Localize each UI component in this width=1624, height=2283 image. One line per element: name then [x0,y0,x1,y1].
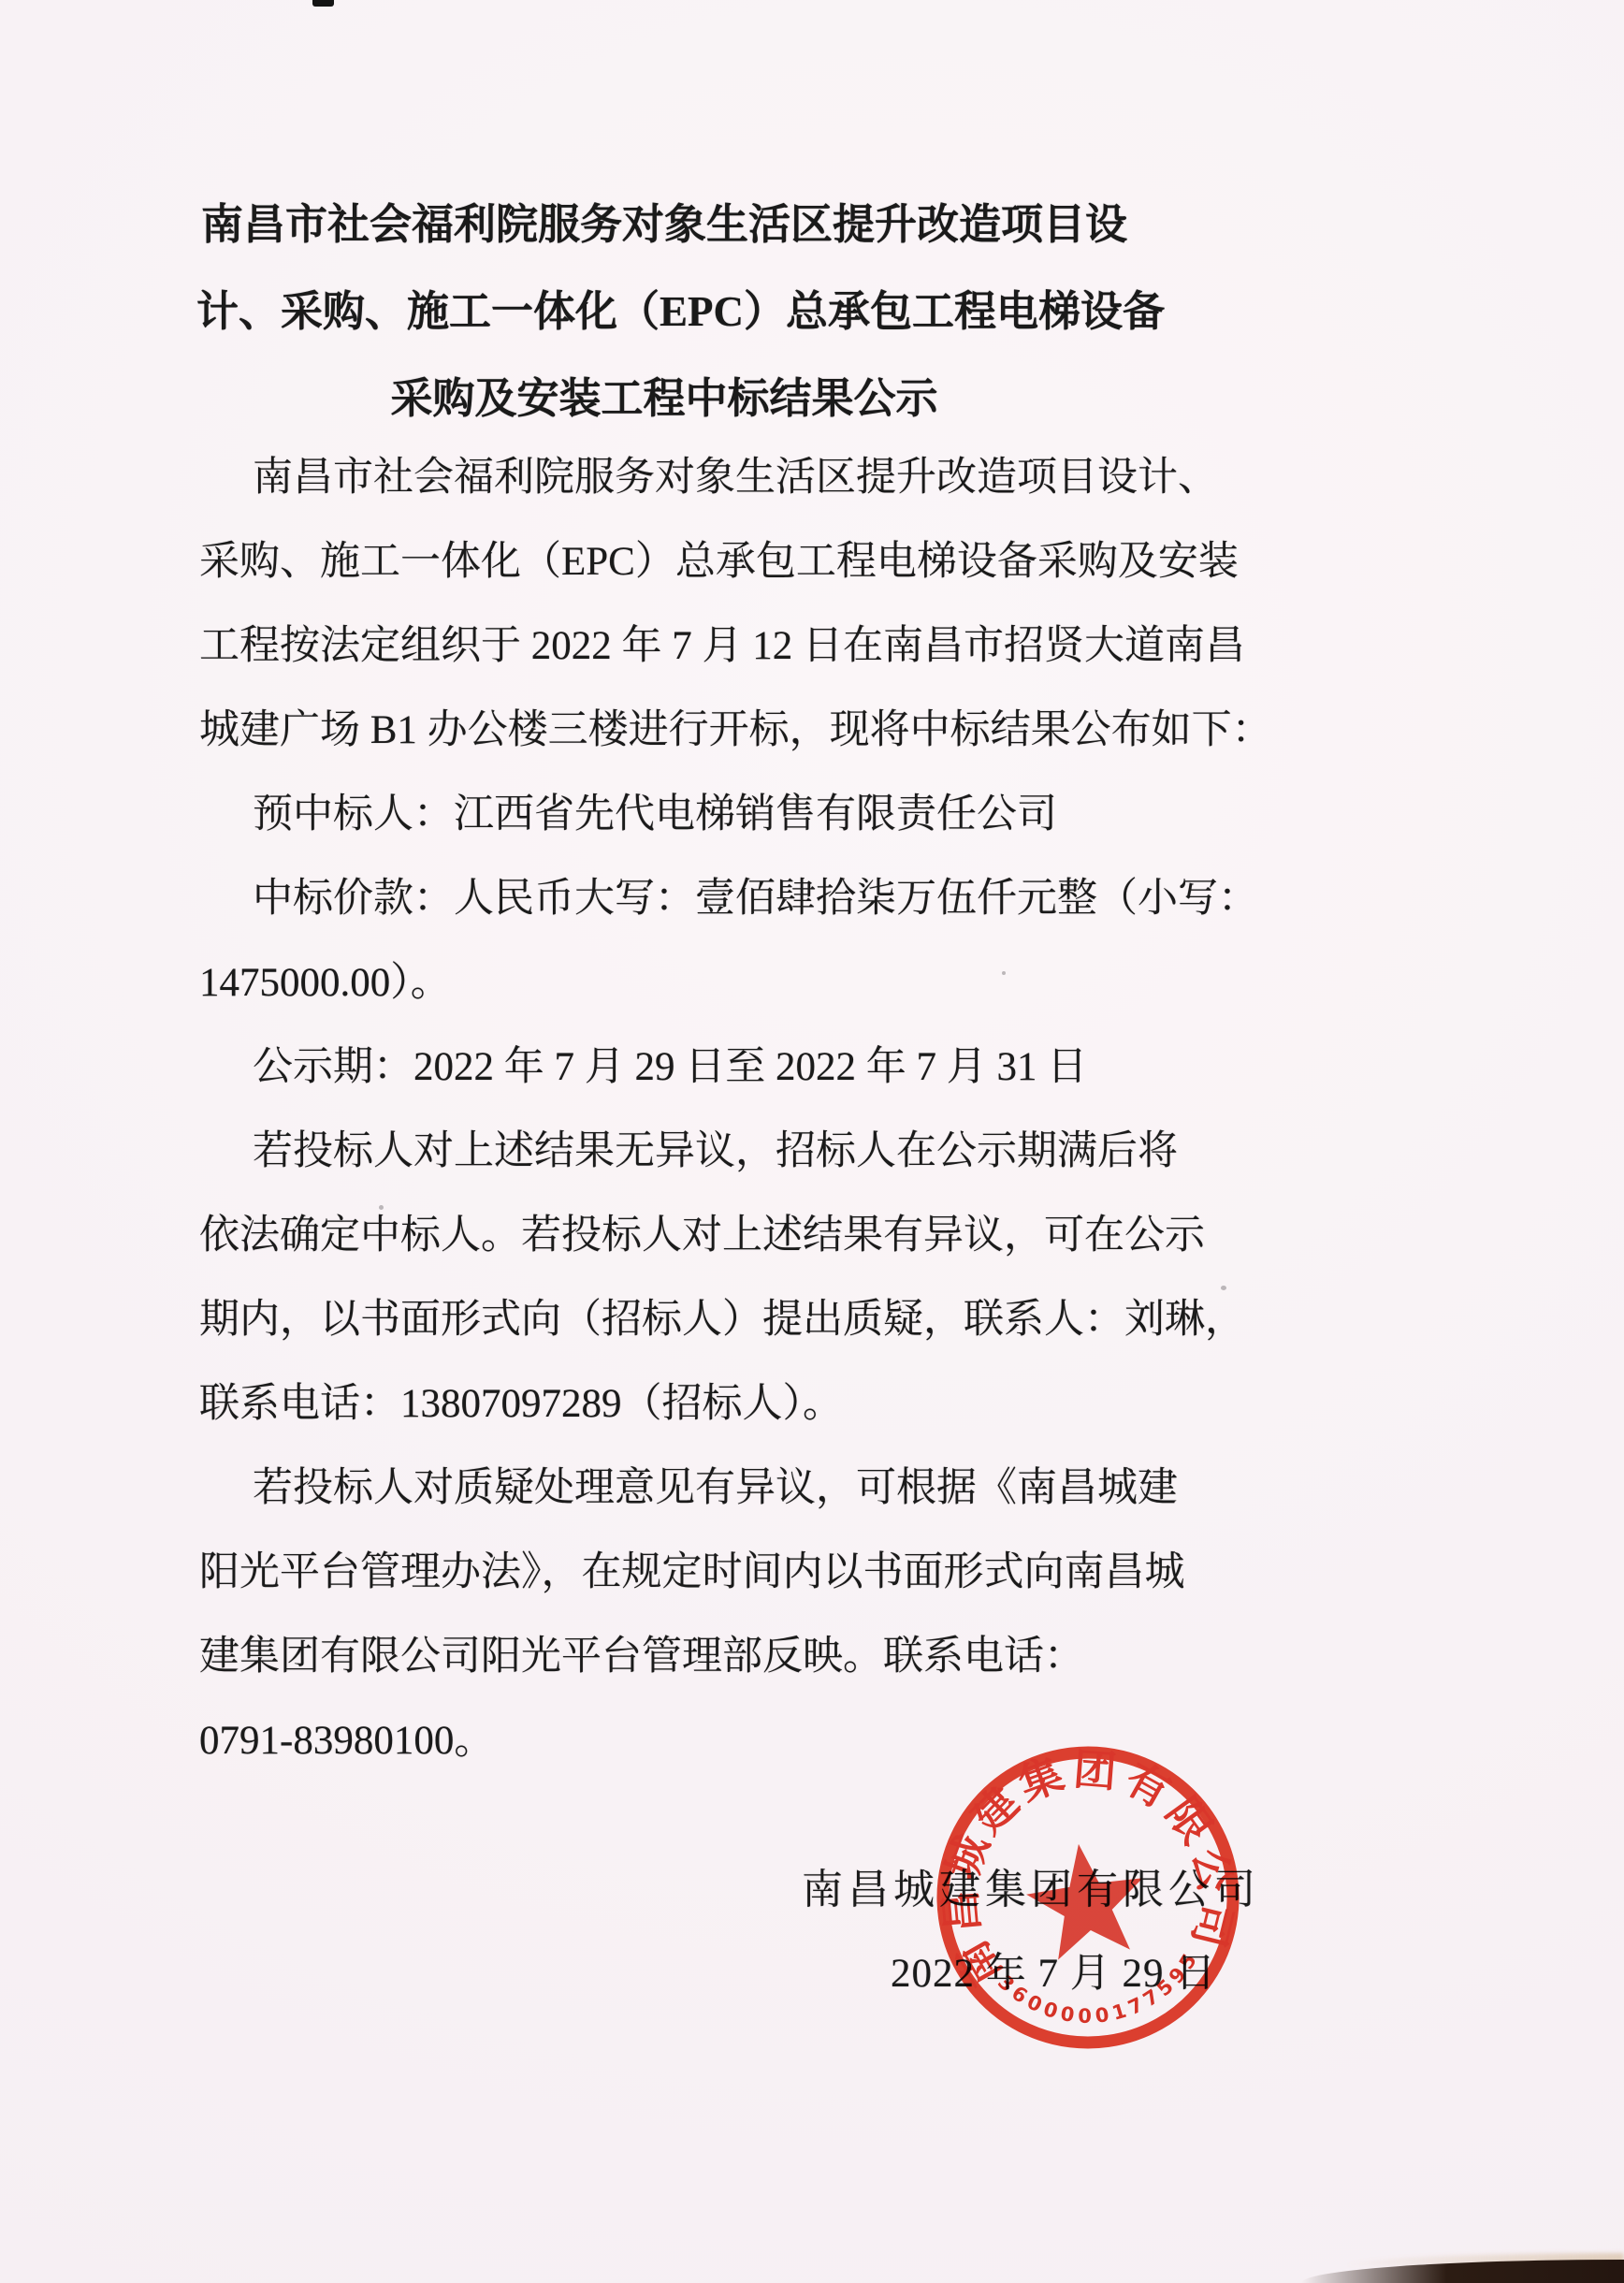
signature-company: 南昌城建集团有限公司 [802,1868,1260,1912]
body-line: 期内，以书面形式向（招标人）提出质疑，联系人：刘琳， [199,1278,1210,1362]
body-line: 阳光平台管理办法》，在规定时间内以书面形式向南昌城 [199,1531,1210,1615]
signature-date: 2022 年 7 月 29 日 [891,1952,1216,1997]
title-line: 南昌市社会福利院服务对象生活区提升改造项目设 [196,182,1132,269]
document-page: 南昌市社会福利院服务对象生活区提升改造项目设 计、采购、施工一体化（EPC）总承… [0,0,1624,2283]
body-line: 若投标人对上述结果无异议，招标人在公示期满后将 [199,1110,1210,1194]
body-line: 建集团有限公司阳光平台管理部反映。联系电话： [199,1615,1210,1699]
scan-speck [379,1205,384,1210]
body-line: 预中标人：江西省先代电梯销售有限责任公司 [199,773,1210,857]
title-line: 计、采购、施工一体化（EPC）总承包工程电梯设备 [196,269,1132,356]
body-line: 南昌市社会福利院服务对象生活区提升改造项目设计、 [199,436,1210,520]
scan-speck [1221,1286,1226,1290]
scan-edge-mark [312,0,334,7]
body-line: 依法确定中标人。若投标人对上述结果有异议，可在公示 [199,1194,1210,1278]
document-body: 南昌市社会福利院服务对象生活区提升改造项目设计、 采购、施工一体化（EPC）总承… [199,436,1210,1783]
scan-speck [1002,971,1006,975]
body-line: 城建广场 B1 办公楼三楼进行开标，现将中标结果公布如下： [199,689,1210,773]
body-line: 中标价款：人民币大写：壹佰肆拾柒万伍仟元整（小写： [199,857,1210,941]
body-line: 工程按法定组织于 2022 年 7 月 12 日在南昌市招贤大道南昌 [199,604,1210,689]
body-line: 若投标人对质疑处理意见有异议，可根据《南昌城建 [199,1447,1210,1531]
body-line: 联系电话：13807097289（招标人）。 [199,1362,1210,1447]
title-line: 采购及安装工程中标结果公示 [196,356,1132,443]
body-line: 采购、施工一体化（EPC）总承包工程电梯设备采购及安装 [199,520,1210,604]
document-title: 南昌市社会福利院服务对象生活区提升改造项目设 计、采购、施工一体化（EPC）总承… [196,182,1132,443]
body-line: 0791-83980100。 [199,1699,1210,1783]
body-line: 公示期：2022 年 7 月 29 日至 2022 年 7 月 31 日 [199,1025,1210,1110]
body-line: 1475000.00）。 [199,941,1210,1025]
